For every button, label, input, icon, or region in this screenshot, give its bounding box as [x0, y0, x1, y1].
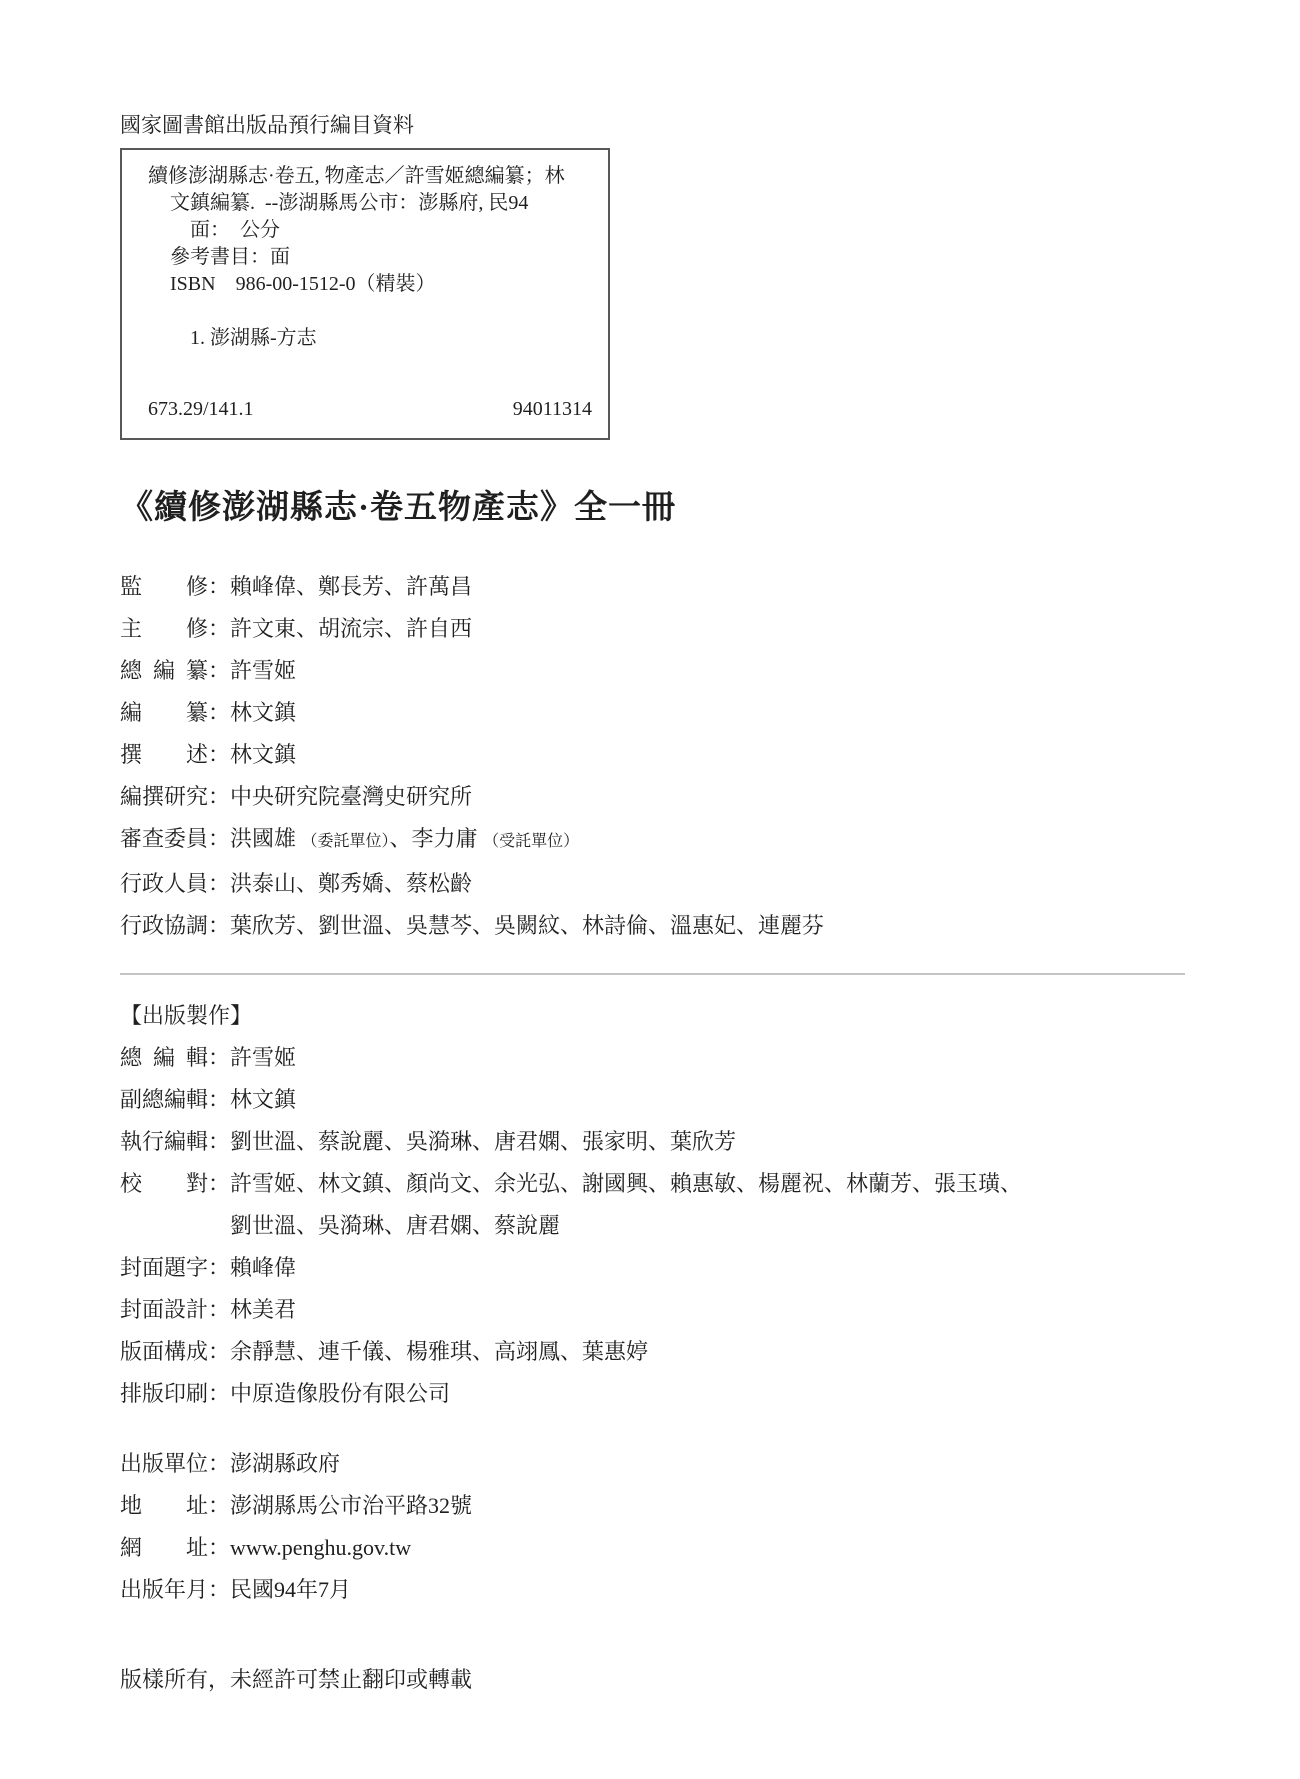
credit-value: 民國94年7月 [230, 1569, 1185, 1611]
credit-colon: ： [208, 1331, 230, 1373]
credit-value: 許雪姬、林文鎮、顏尚文、余光弘、謝國興、賴惠敏、楊麗祝、林蘭芳、張玉璜、劉世溫、… [230, 1163, 1185, 1247]
credit-value-line: 葉欣芳、劉世溫、吳慧芩、吳闕紋、林詩倫、溫惠妃、連麗芬 [230, 905, 1185, 947]
credit-colon: ： [208, 863, 230, 905]
credit-row: 撰述：林文鎮 [120, 734, 1185, 776]
cip-heading: 國家圖書館出版品預行編目資料 [120, 112, 1185, 139]
credit-row: 編撰研究：中央研究院臺灣史研究所 [120, 776, 1185, 818]
credit-label: 封面題字 [120, 1247, 208, 1289]
credit-value-line: 許雪姬、林文鎮、顏尚文、余光弘、謝國興、賴惠敏、楊麗祝、林蘭芳、張玉璜、 [230, 1163, 1185, 1205]
credit-row: 總編輯：許雪姬 [120, 1037, 1185, 1079]
credit-row: 地址：澎湖縣馬公市治平路32號 [120, 1485, 1185, 1527]
publication-list: 出版單位：澎湖縣政府地址：澎湖縣馬公市治平路32號網址：www.penghu.g… [120, 1443, 1185, 1611]
cip-line: 1. 澎湖縣-方志 [122, 325, 608, 352]
credit-row: 封面題字：賴峰偉 [120, 1247, 1185, 1289]
credit-row: 監修：賴峰偉、鄭長芳、許萬昌 [120, 566, 1185, 608]
credit-label: 編撰研究 [120, 776, 208, 818]
credit-label: 封面設計 [120, 1289, 208, 1331]
credit-row: 執行編輯：劉世溫、蔡說麗、吳漪琳、唐君嫻、張家明、葉欣芳 [120, 1121, 1185, 1163]
credits-list: 監修：賴峰偉、鄭長芳、許萬昌主修：許文東、胡流宗、許自西總編纂：許雪姬編纂：林文… [120, 566, 1185, 947]
credit-value: 中原造像股份有限公司 [230, 1373, 1185, 1415]
credit-value: 葉欣芳、劉世溫、吳慧芩、吳闕紋、林詩倫、溫惠妃、連麗芬 [230, 905, 1185, 947]
credit-value-line: 林文鎮 [230, 692, 1185, 734]
credit-label: 總編纂 [120, 650, 208, 692]
credit-label: 網址 [120, 1527, 208, 1569]
credit-row: 排版印刷：中原造像股份有限公司 [120, 1373, 1185, 1415]
credit-colon: ： [208, 608, 230, 650]
credit-label: 出版單位 [120, 1443, 208, 1485]
credit-value-line: 許文東、胡流宗、許自西 [230, 608, 1185, 650]
credit-value-line: 余靜慧、連千儀、楊雅琪、高翊鳳、葉惠婷 [230, 1331, 1185, 1373]
credit-value: 中央研究院臺灣史研究所 [230, 776, 1185, 818]
colophon-page: 國家圖書館出版品預行編目資料 續修澎湖縣志·卷五, 物產志／許雪姬總編纂；林文鎮… [0, 0, 1300, 1779]
credit-value: 余靜慧、連千儀、楊雅琪、高翊鳳、葉惠婷 [230, 1331, 1185, 1373]
credit-value: 許文東、胡流宗、許自西 [230, 608, 1185, 650]
credit-colon: ： [208, 1485, 230, 1527]
credit-colon: ： [208, 734, 230, 776]
credit-colon: ： [208, 1247, 230, 1289]
credit-row: 行政協調：葉欣芳、劉世溫、吳慧芩、吳闕紋、林詩倫、溫惠妃、連麗芬 [120, 905, 1185, 947]
cip-line: 文鎮編纂. --澎湖縣馬公市：澎縣府, 民94 [122, 190, 608, 217]
credit-value-line: 民國94年7月 [230, 1569, 1185, 1611]
credit-colon: ： [208, 1163, 230, 1205]
credit-value-line: 許雪姬 [230, 650, 1185, 692]
credit-colon: ： [208, 1121, 230, 1163]
cip-line: 面： 公分 [122, 217, 608, 244]
cip-record-number: 94011314 [513, 396, 592, 423]
cip-call-number: 673.29/141.1 [148, 396, 254, 423]
credit-value: 林文鎮 [230, 1079, 1185, 1121]
credit-label: 主修 [120, 608, 208, 650]
credit-value: 澎湖縣馬公市治平路32號 [230, 1485, 1185, 1527]
credit-value-line: 林美君 [230, 1289, 1185, 1331]
credit-row: 副總編輯：林文鎮 [120, 1079, 1185, 1121]
credit-label: 排版印刷 [120, 1373, 208, 1415]
credit-colon: ： [208, 1443, 230, 1485]
credit-value: 許雪姬 [230, 1037, 1185, 1079]
credit-value: 洪泰山、鄭秀嬌、蔡松齡 [230, 863, 1185, 905]
cip-line: 續修澎湖縣志·卷五, 物產志／許雪姬總編纂；林 [122, 163, 608, 190]
credit-value-line: 林文鎮 [230, 1079, 1185, 1121]
credit-value: 許雪姬 [230, 650, 1185, 692]
cip-line [122, 298, 608, 325]
credit-colon: ： [208, 1079, 230, 1121]
credit-row: 主修：許文東、胡流宗、許自西 [120, 608, 1185, 650]
credit-label: 副總編輯 [120, 1079, 208, 1121]
credit-value-line: www.penghu.gov.tw [230, 1527, 1185, 1569]
credit-label: 版面構成 [120, 1331, 208, 1373]
credit-value: 林文鎮 [230, 692, 1185, 734]
credit-row: 校對：許雪姬、林文鎮、顏尚文、余光弘、謝國興、賴惠敏、楊麗祝、林蘭芳、張玉璜、劉… [120, 1163, 1185, 1247]
credit-colon: ： [208, 818, 230, 860]
production-list: 總編輯：許雪姬副總編輯：林文鎮執行編輯：劉世溫、蔡說麗、吳漪琳、唐君嫻、張家明、… [120, 1037, 1185, 1415]
credit-row: 行政人員：洪泰山、鄭秀嬌、蔡松齡 [120, 863, 1185, 905]
credit-label: 總編輯 [120, 1037, 208, 1079]
credit-value-line: 洪泰山、鄭秀嬌、蔡松齡 [230, 863, 1185, 905]
credit-colon: ： [208, 566, 230, 608]
credit-value-line: 許雪姬 [230, 1037, 1185, 1079]
credit-row: 審查委員：洪國雄 （委託單位）、李力庸 （受託單位） [120, 818, 1185, 863]
credit-value: 林文鎮 [230, 734, 1185, 776]
credit-value-line: 澎湖縣政府 [230, 1443, 1185, 1485]
credit-label: 撰述 [120, 734, 208, 776]
book-title: 《續修澎湖縣志·卷五物產志》全一冊 [120, 486, 1185, 530]
credit-value: 林美君 [230, 1289, 1185, 1331]
credit-value: 劉世溫、蔡說麗、吳漪琳、唐君嫻、張家明、葉欣芳 [230, 1121, 1185, 1163]
credit-value: 澎湖縣政府 [230, 1443, 1185, 1485]
credit-row: 出版單位：澎湖縣政府 [120, 1443, 1185, 1485]
credit-colon: ： [208, 1373, 230, 1415]
credit-colon: ： [208, 1527, 230, 1569]
credit-value-line: 劉世溫、蔡說麗、吳漪琳、唐君嫻、張家明、葉欣芳 [230, 1121, 1185, 1163]
credit-label: 行政協調 [120, 905, 208, 947]
credit-value-line: 賴峰偉 [230, 1247, 1185, 1289]
cip-line: ISBN 986-00-1512-0（精裝） [122, 271, 608, 298]
credit-colon: ： [208, 776, 230, 818]
credit-value-line: 賴峰偉、鄭長芳、許萬昌 [230, 566, 1185, 608]
credit-row: 封面設計：林美君 [120, 1289, 1185, 1331]
credit-label: 編纂 [120, 692, 208, 734]
credit-value: 賴峰偉 [230, 1247, 1185, 1289]
credit-row: 出版年月：民國94年7月 [120, 1569, 1185, 1611]
cip-lines: 續修澎湖縣志·卷五, 物產志／許雪姬總編纂；林文鎮編纂. --澎湖縣馬公市：澎縣… [122, 163, 608, 352]
cip-line: 參考書目：面 [122, 244, 608, 271]
credit-label: 出版年月 [120, 1569, 208, 1611]
credit-label: 校對 [120, 1163, 208, 1205]
credit-label: 執行編輯 [120, 1121, 208, 1163]
credit-colon: ： [208, 1289, 230, 1331]
credit-value-line: 中央研究院臺灣史研究所 [230, 776, 1185, 818]
credit-row: 網址：www.penghu.gov.tw [120, 1527, 1185, 1569]
credit-value-line: 林文鎮 [230, 734, 1185, 776]
credit-value: www.penghu.gov.tw [230, 1527, 1185, 1569]
credit-value-line: 中原造像股份有限公司 [230, 1373, 1185, 1415]
cip-box: 續修澎湖縣志·卷五, 物產志／許雪姬總編纂；林文鎮編纂. --澎湖縣馬公市：澎縣… [120, 148, 610, 440]
credit-row: 總編纂：許雪姬 [120, 650, 1185, 692]
production-heading: 【出版製作】 [120, 995, 1185, 1037]
credit-colon: ： [208, 1037, 230, 1079]
credit-label: 監修 [120, 566, 208, 608]
credit-colon: ： [208, 905, 230, 947]
section-divider [120, 973, 1185, 975]
credit-colon: ： [208, 650, 230, 692]
credit-value: 洪國雄 （委託單位）、李力庸 （受託單位） [230, 818, 1185, 863]
credit-label: 行政人員 [120, 863, 208, 905]
credit-value-line: 澎湖縣馬公市治平路32號 [230, 1485, 1185, 1527]
copyright-notice: 版樣所有，未經許可禁止翻印或轉載 [120, 1659, 1185, 1701]
credit-label: 地址 [120, 1485, 208, 1527]
credit-row: 編纂：林文鎮 [120, 692, 1185, 734]
credit-colon: ： [208, 692, 230, 734]
credit-label: 審查委員 [120, 818, 208, 860]
credit-value: 賴峰偉、鄭長芳、許萬昌 [230, 566, 1185, 608]
credit-value-line: 劉世溫、吳漪琳、唐君嫻、蔡說麗 [230, 1205, 1185, 1247]
credit-value-line: 洪國雄 （委託單位）、李力庸 （受託單位） [230, 818, 1185, 863]
cip-footer: 673.29/141.1 94011314 [122, 396, 608, 423]
credit-row: 版面構成：余靜慧、連千儀、楊雅琪、高翊鳳、葉惠婷 [120, 1331, 1185, 1373]
credit-colon: ： [208, 1569, 230, 1611]
